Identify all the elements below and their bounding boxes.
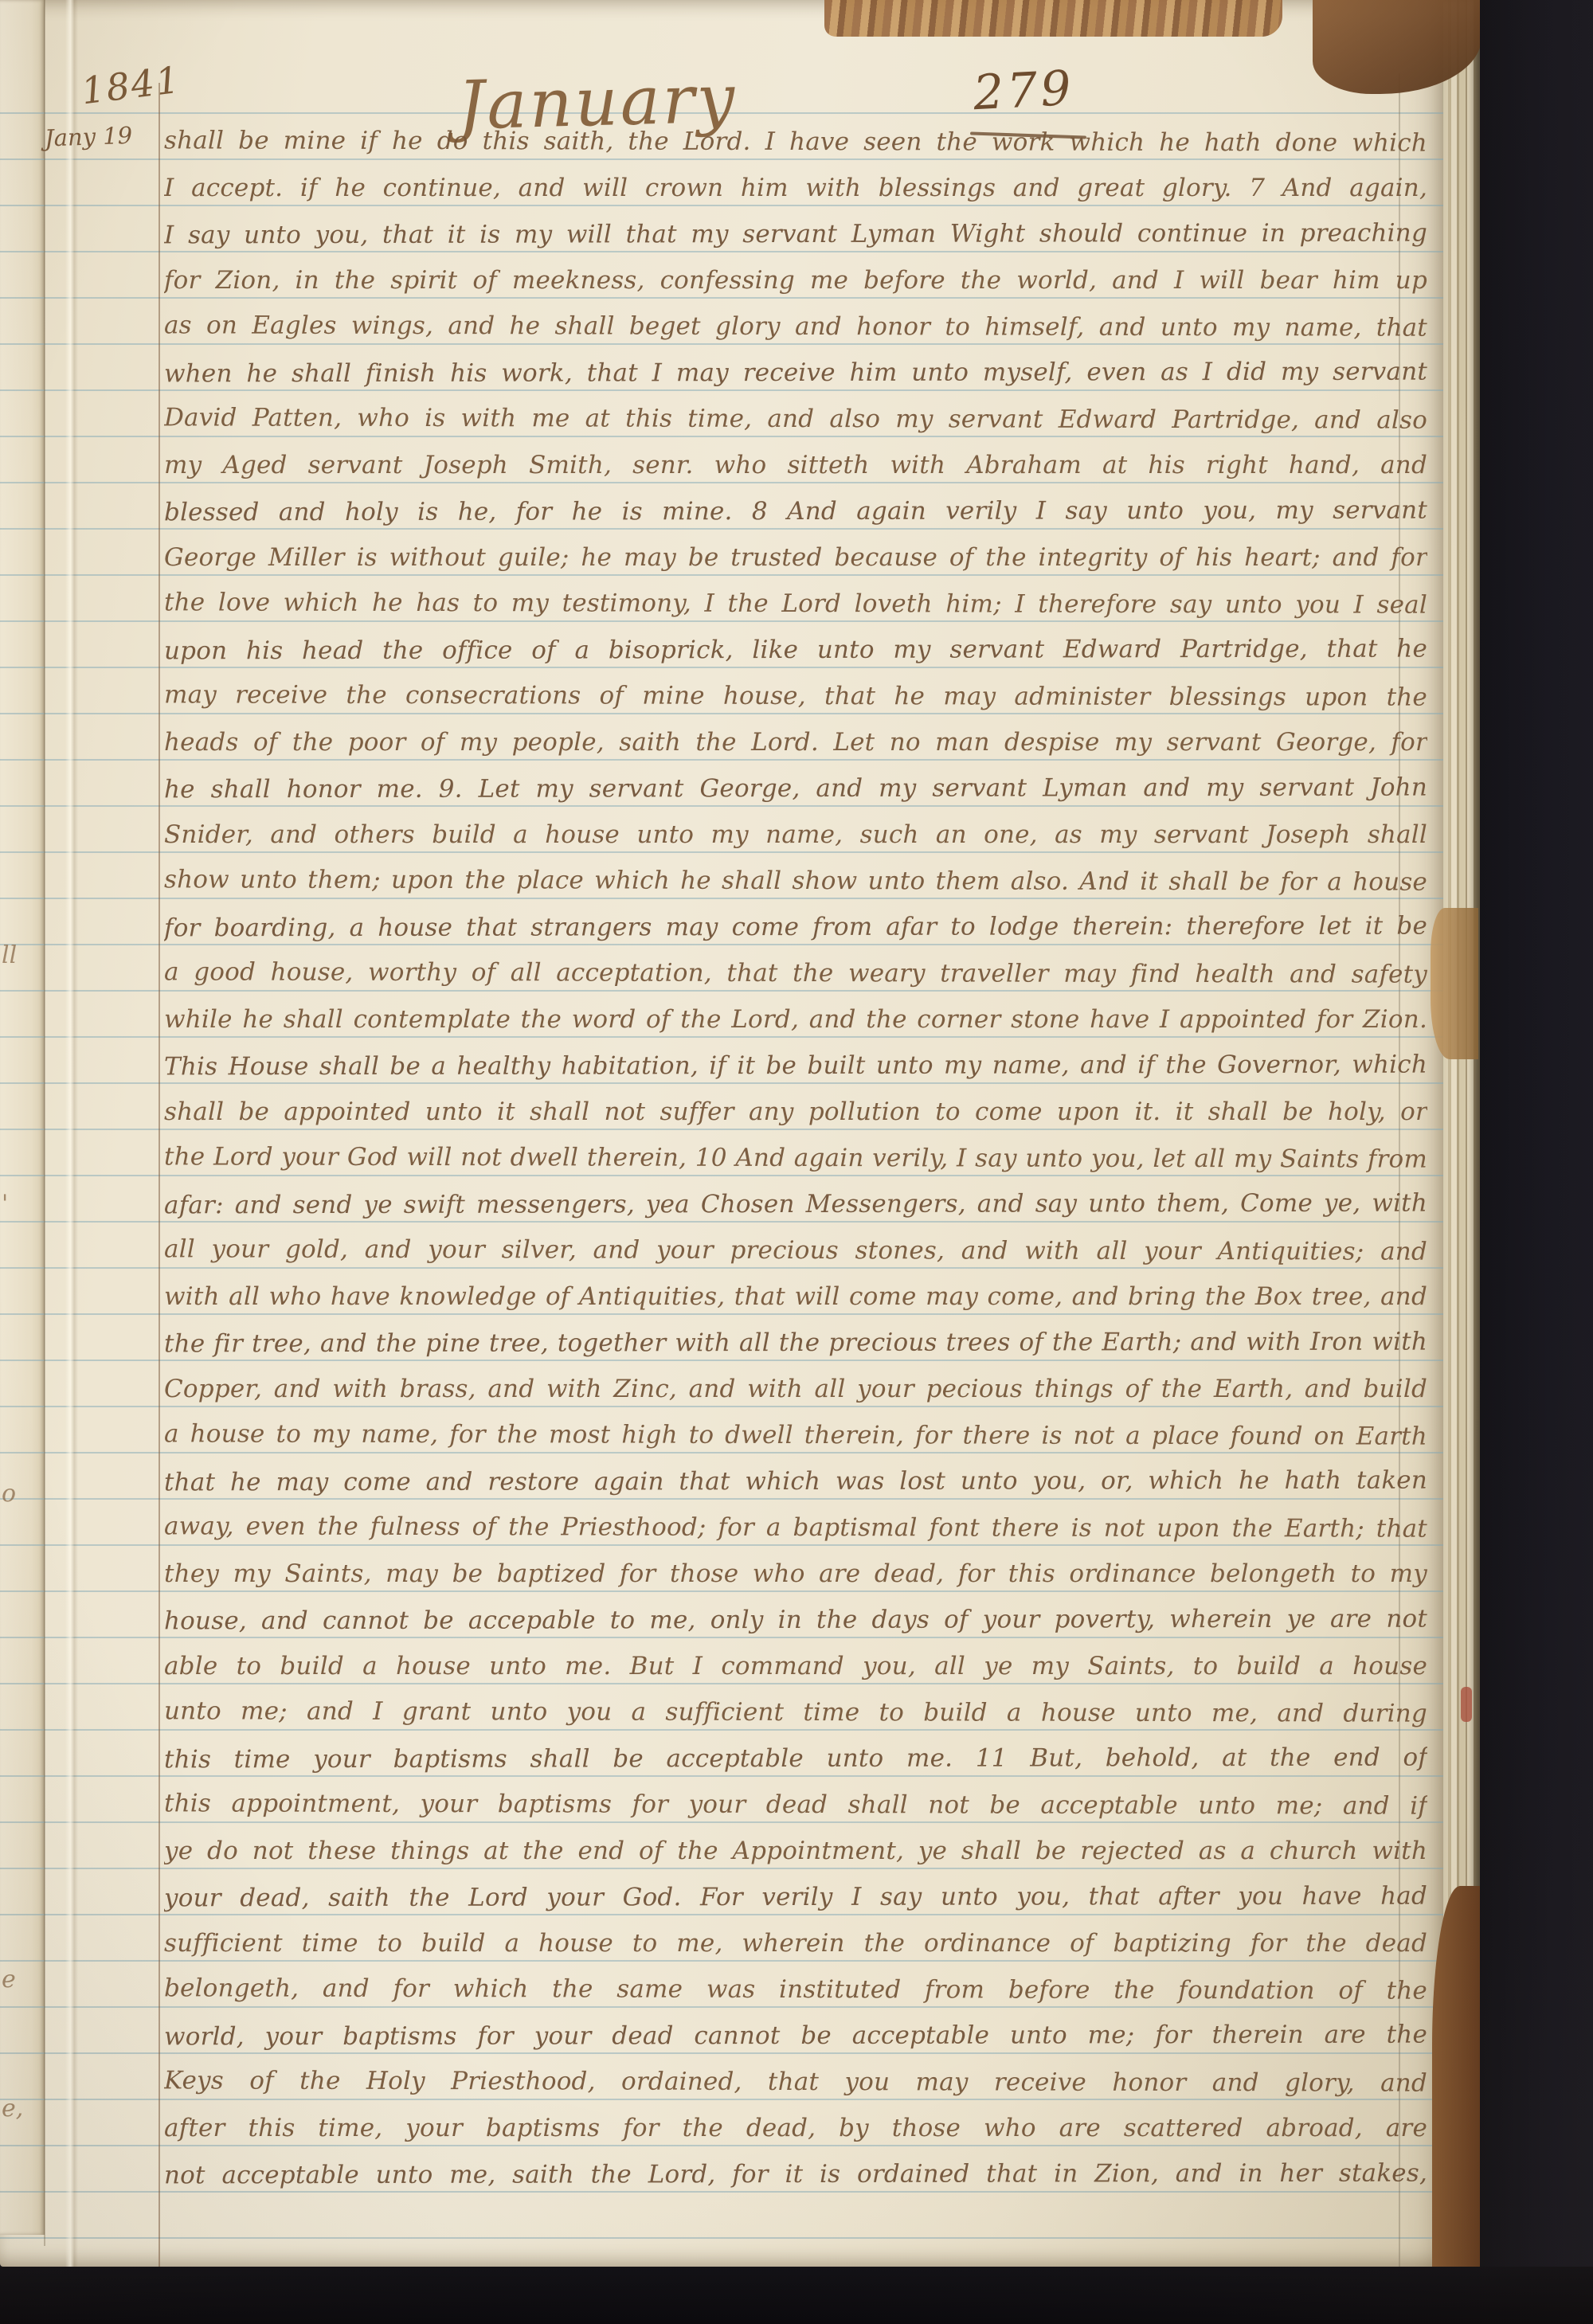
edge-fleck — [1461, 1687, 1472, 1722]
manuscript-line: the love which he has to my testimony, I… — [164, 585, 1427, 622]
manuscript-line: Copper, and with brass, and with Zinc, a… — [164, 1371, 1427, 1407]
background-bottom — [0, 2267, 1593, 2324]
manuscript-line: ye do not these things at the end of the… — [164, 1833, 1427, 1868]
manuscript-line: a house to my name, for the most high to… — [164, 1416, 1427, 1453]
manuscript-line: my Aged servant Joseph Smith, senr. who … — [164, 448, 1427, 483]
manuscript-line: a good house, worthy of all acceptation,… — [164, 954, 1427, 992]
manuscript-line: blessed and holy is he, for he is mine. … — [164, 493, 1427, 530]
page-crease — [65, 0, 78, 2267]
manuscript-line: belongeth, and for which the same was in… — [164, 1970, 1427, 2008]
manuscript-line: sufficient time to build a house to me, … — [164, 1926, 1427, 1961]
page-year: 1841 — [80, 61, 183, 110]
manuscript-line: house, and cannot be accepable to me, on… — [164, 1602, 1427, 1639]
manuscript-line: world, your baptisms for your dead canno… — [164, 2017, 1427, 2055]
marbled-paper-fragment — [824, 0, 1282, 37]
manuscript-line: the Lord your God will not dwell therein… — [164, 1139, 1427, 1176]
margin-date: Jany 19 — [44, 120, 162, 152]
page-left-edge-line — [44, 0, 45, 2246]
page-edge-fragment: e, — [2, 2093, 41, 2125]
manuscript-line: the fir tree, and the pine tree, togethe… — [164, 1324, 1427, 1362]
manuscript-line: all your gold, and your silver, and your… — [164, 1231, 1427, 1269]
manuscript-line: This House shall be a healthy habitation… — [164, 1047, 1427, 1085]
page-edge-fragment: ll — [2, 940, 41, 972]
manuscript-line: David Patten, who is with me at this tim… — [164, 400, 1427, 437]
manuscript-line: your dead, saith the Lord your God. For … — [164, 1879, 1427, 1916]
manuscript-line: I accept. if he continue, and will crown… — [164, 170, 1427, 205]
manuscript-line: shall be mine if he do this saith, the L… — [164, 123, 1427, 160]
manuscript-line: after this time, your baptisms for the d… — [164, 2111, 1427, 2146]
manuscript-line: while he shall contemplate the word of t… — [164, 1002, 1427, 1037]
manuscript-line: I say unto you, that it is my will that … — [164, 216, 1427, 253]
manuscript-line: show unto them; upon the place which he … — [164, 862, 1427, 899]
background-right — [1480, 0, 1593, 2324]
page-edge-fragment: e — [2, 1964, 41, 1996]
manuscript-line: as on Eagles wings, and he shall beget g… — [164, 307, 1427, 345]
manuscript-line: Keys of the Holy Priesthood, ordained, t… — [164, 2063, 1427, 2100]
manuscript-line: upon his head the office of a bisoprick,… — [164, 632, 1427, 669]
manuscript-line: he shall honor me. 9. Let my servant Geo… — [164, 770, 1427, 808]
manuscript-line: for Zion, in the spirit of meekness, con… — [164, 263, 1427, 298]
manuscript-line: George Miller is without guile; he may b… — [164, 540, 1427, 575]
manuscript-line: that he may come and restore again that … — [164, 1463, 1427, 1500]
manuscript-line: Snider, and others build a house unto my… — [164, 817, 1427, 852]
manuscript-line: afar: and send ye swift messengers, yea … — [164, 1186, 1427, 1223]
page-number: 279 — [973, 65, 1075, 118]
manuscript-line: when he shall finish his work, that I ma… — [164, 354, 1427, 392]
left-margin-rule-line — [159, 83, 160, 2267]
manuscript-line: unto me; and I grant unto you a sufficie… — [164, 1693, 1427, 1731]
manuscript-scan: 1841 January 279 Jany 19 shall be mine i… — [0, 0, 1593, 2324]
page-edge-fragment: o — [2, 1478, 41, 1510]
manuscript-line: able to build a house unto me. But I com… — [164, 1649, 1427, 1684]
manuscript-line: this time your baptisms shall be accepta… — [164, 1740, 1427, 1778]
manuscript-line: for boarding, a house that strangers may… — [164, 909, 1427, 946]
manuscript-line: not acceptable unto me, saith the Lord, … — [164, 2156, 1427, 2193]
manuscript-line: away, even the fulness of the Priesthood… — [164, 1508, 1427, 1546]
manuscript-line: with all who have knowledge of Antiquiti… — [164, 1279, 1427, 1314]
page-edge-fragment: ' — [2, 1188, 41, 1220]
manuscript-line: they my Saints, may be baptized for thos… — [164, 1556, 1427, 1591]
manuscript-line: shall be appointed unto it shall not suf… — [164, 1094, 1427, 1129]
manuscript-line: this appointment, your baptisms for your… — [164, 1786, 1427, 1823]
torn-edge-fragment — [1431, 908, 1478, 1059]
manuscript-line: heads of the poor of my people, saith th… — [164, 725, 1427, 760]
manuscript-line: may receive the consecrations of mine ho… — [164, 677, 1427, 714]
